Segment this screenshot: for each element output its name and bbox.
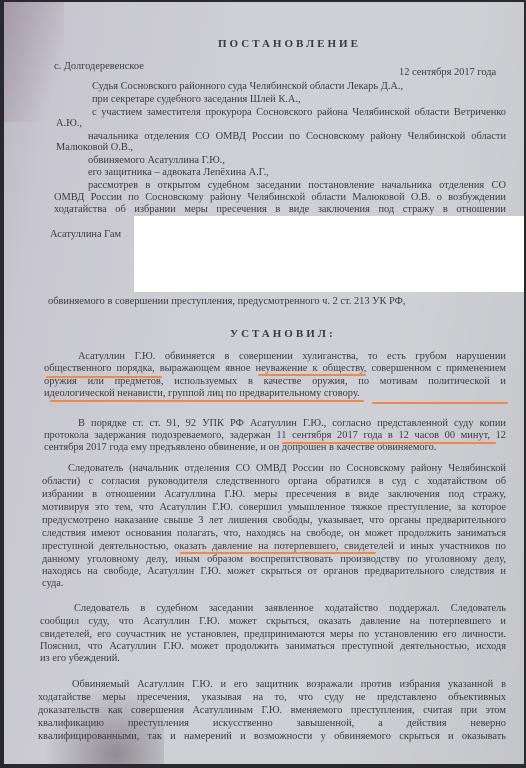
document-page: ПОСТАНОВЛЕНИЕ с. Долгодеревенское 12 сен… (4, 2, 524, 764)
para3-line: находясь на свободе, Асатуллин Г.Ю. може… (42, 565, 506, 578)
para3-line: суда. (42, 577, 64, 590)
intro-line: ходатайства об избрании меры пресечения … (54, 203, 506, 216)
para3-line: следствия имеют основания полагать, что,… (42, 527, 506, 540)
para4-line: Следователь в судебном заседании заявлен… (74, 602, 506, 615)
accused-name-partial: Асатуллина Гам (50, 228, 121, 241)
place: с. Долгодеревенское (54, 60, 144, 73)
para4-line: из его убеждений. (40, 652, 120, 665)
intro-line: Судья Сосновского районного суда Челябин… (92, 80, 403, 93)
highlight-underline (50, 400, 364, 402)
established-heading: УСТАНОВИЛ: (230, 328, 336, 341)
document-title: ПОСТАНОВЛЕНИЕ (218, 38, 361, 51)
highlight-underline (46, 376, 162, 378)
para3-line: мотивируя это тем, что Асатуллин Г.Ю. со… (42, 501, 506, 514)
para1-line: идеологической ненависти, группой лиц по… (44, 387, 360, 400)
intro-line: А.Ю., (56, 117, 82, 130)
intro-line: с участием заместителя прокурора Сосновс… (92, 106, 506, 119)
para3-line: предусмотрено наказание свыше 3 лет лише… (42, 514, 506, 527)
para4-line: сообщил суду, что Асатуллин Г.Ю. может с… (40, 615, 506, 628)
highlight-underline (282, 442, 496, 444)
highlight-underline (372, 402, 508, 404)
intro-line: его защитника – адвоката Лепёхина А.Г., (88, 166, 269, 179)
highlight-underline (258, 374, 366, 376)
intro-line: при секретаре судебного заседания Шлей К… (92, 93, 301, 106)
highlight-underline (180, 552, 376, 554)
date: 12 сентября 2017 года (399, 66, 496, 79)
redaction-box (134, 216, 524, 292)
para3-line: избрании в отношении Асатуллина Г.Ю. мер… (42, 488, 506, 501)
para3-line: области) с согласия руководителя следств… (42, 475, 506, 488)
intro-line: начальника отделения СО ОМВД России по С… (88, 130, 506, 143)
para3-line: Следователь (начальник отделения СО ОМВД… (68, 462, 506, 475)
photo-shadow (44, 682, 164, 764)
intro-line: Малюковой О.В., (56, 141, 133, 154)
charge-line: обвиняемого в совершении преступления, п… (48, 295, 405, 308)
